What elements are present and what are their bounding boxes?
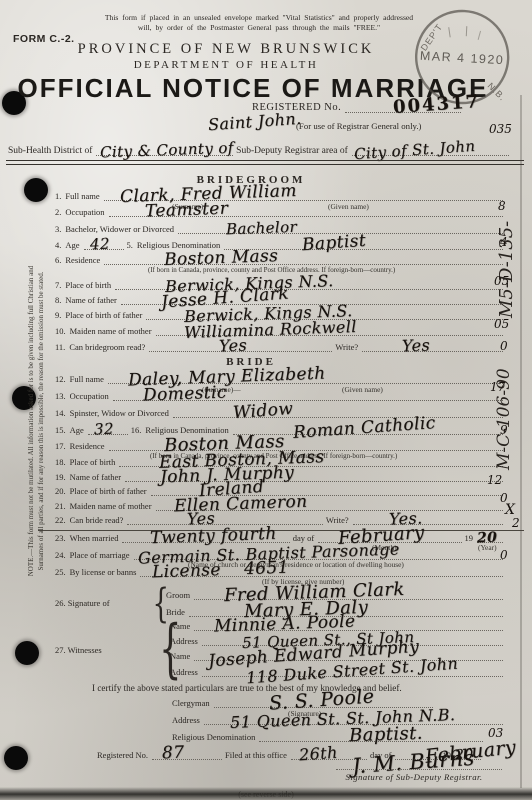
field-row-groom-residence: 6. Residence Boston Mass <box>55 253 506 265</box>
read-field: Yes <box>149 340 332 352</box>
double-rule <box>6 160 524 165</box>
denomination-row: Religious Denomination Baptist. <box>172 730 486 742</box>
day-field: Twenty fourth <box>122 531 289 543</box>
filed-label: Filed at this office <box>225 750 287 760</box>
row-field: East Boston, Mass <box>119 455 503 467</box>
row-number: 17. <box>55 441 66 451</box>
left-margin-note-line1: NOTE.—This form must not be mutilated. A… <box>26 180 36 662</box>
margin-digit: 05 <box>494 317 509 331</box>
row-number: 10. <box>55 326 66 336</box>
page-bottom-edge <box>0 787 532 800</box>
punch-hole <box>4 746 28 770</box>
row-value: Domestic <box>143 385 227 405</box>
row-label: Residence <box>70 441 105 451</box>
address-label: Address <box>170 667 198 677</box>
read-value: Yes <box>219 338 248 355</box>
margin-digit: 2 <box>512 516 520 530</box>
row-label: Age <box>70 425 84 435</box>
field-row-groom-literacy: 11. Can bridegroom read? Yes Write? Yes <box>55 340 506 352</box>
margin-digit: 17 <box>490 380 505 394</box>
field-row-bride-literacy: 22. Can bride read? Yes Write? Yes. <box>55 513 506 525</box>
department-heading: DEPARTMENT OF HEALTH <box>0 59 452 71</box>
field-row-groom-mother: 10. Maiden name of mother Williamina Roc… <box>55 324 506 336</box>
write-field: Yes <box>362 340 503 352</box>
row-label: Name of father <box>65 295 116 305</box>
witness2-address-row: Address 118 Duke Street St. John <box>170 665 506 677</box>
sub-health-district-label: Sub-Health District of <box>8 146 92 156</box>
row-label: Signature of <box>68 598 110 608</box>
area-handwriting: Saint John. <box>208 111 302 133</box>
sub-deputy-area-field: City of St. John <box>352 144 509 156</box>
clergyman-address-row: Address 51 Queen St. St. John N.B. <box>172 713 506 725</box>
row-label: Place of marriage <box>70 550 130 560</box>
margin-digit: 035 <box>489 122 512 136</box>
field-row-license: 25. By license or banns License 4651 <box>55 565 506 577</box>
age-value: 32 <box>94 422 114 438</box>
field-row-groom-occupation: 2. Occupation Teamster <box>55 205 506 217</box>
stamp-date: MAR 4 1920 <box>420 49 505 67</box>
row-field: Germain St. Baptist Parsonage <box>134 548 503 560</box>
signature-of-label: 26. Signature of <box>55 598 110 608</box>
row-number: 20. <box>55 486 66 496</box>
row-number: 3. <box>55 224 61 234</box>
denomination-label: Religious Denomination <box>172 732 255 742</box>
row-label: Name of father <box>70 472 121 482</box>
row-number: 11. <box>55 342 65 352</box>
witness1-name-field: Minnie A. Poole <box>194 619 503 631</box>
name-label: Name <box>170 651 190 661</box>
religion-value: Baptist <box>302 233 367 254</box>
row-number: 2. <box>55 207 61 217</box>
row-number: 23. <box>55 533 66 543</box>
margin-digit: 4 <box>500 235 508 249</box>
row-number: 4. <box>55 240 61 250</box>
row-number: 19. <box>55 472 66 482</box>
field-row-groom-father-birthplace: 9. Place of birth of father Berwick, Kin… <box>55 308 506 320</box>
row-number: 16. <box>131 425 142 435</box>
age-value: 42 <box>89 237 109 253</box>
year-field: 20 <box>477 531 503 543</box>
field-row-groom-status: 3. Bachelor, Widower or Divorced Bachelo… <box>55 222 506 234</box>
write-field: Yes. <box>353 513 503 525</box>
field-row-when-married: 23. When married Twenty fourth day of Fe… <box>55 531 506 543</box>
row-number: 1. <box>55 191 61 201</box>
clergyman-address-field: 51 Queen St. St. John N.B. <box>204 713 503 725</box>
row-label: Occupation <box>70 391 109 401</box>
groom-label: Groom <box>166 590 190 600</box>
read-field: Yes <box>127 513 322 525</box>
margin-digit: 0 <box>500 548 508 562</box>
margin-digit: 05 <box>494 274 509 288</box>
row-number: 27. <box>55 645 66 655</box>
denomination-value: Baptist. <box>349 725 423 746</box>
witness2-address-field: 118 Duke Street St. John <box>202 665 503 677</box>
stamp-arc-bottom: N.B. <box>486 81 508 103</box>
row-label: Can bride read? <box>70 515 124 525</box>
field-row-groom-age-religion: 4. Age 42 5. Religious Denomination Bapt… <box>55 238 506 250</box>
row-field: License 4651 <box>140 565 503 577</box>
row-number: 21. <box>55 501 66 511</box>
row-field: John J. Murphy <box>125 470 503 482</box>
row-value: Bachelor <box>226 220 298 237</box>
witness1-name-row: Name Minnie A. Poole <box>170 619 506 631</box>
row-number: 24. <box>55 550 66 560</box>
registrar-general-note: (For use of Registrar General only.) <box>296 121 421 131</box>
row-number: 14. <box>55 408 66 418</box>
margin-digit: 0 <box>500 339 508 353</box>
registrar-signature-label: Signature of Sub-Deputy Registrar. <box>320 772 508 782</box>
sub-health-district-field: City & County of <box>96 144 233 156</box>
field-row-bride-mother: 21. Maiden name of mother Ellen Cameron <box>55 499 506 511</box>
row-number: 7. <box>55 280 61 290</box>
document-page: This form if placed in an unsealed envel… <box>0 0 532 800</box>
row-number: 15. <box>55 425 66 435</box>
row-number: 5. <box>127 240 133 250</box>
province-heading: PROVINCE OF NEW BRUNSWICK <box>0 41 452 58</box>
margin-digit: 03 <box>488 726 503 740</box>
left-margin-note-line2: Surnames of all parties, and if for any … <box>36 180 46 662</box>
row-field: Teamster <box>109 205 503 217</box>
field-row-bride-fullname: 12. Full name Daley, Mary Elizabeth <box>55 372 506 384</box>
age-field: 32 <box>88 423 128 435</box>
religion-value: Roman Catholic <box>292 415 436 442</box>
sub-health-district-value: City & County of <box>100 141 234 161</box>
row-label: Full name <box>70 374 104 384</box>
write-value: Yes <box>402 338 431 355</box>
sub-deputy-area-label: Sub-Deputy Registrar area of <box>236 146 348 156</box>
row-label: Residence <box>65 255 100 265</box>
row-label: Occupation <box>65 207 104 217</box>
registered-field: 87 <box>152 748 222 760</box>
row-number: 9. <box>55 310 61 320</box>
sub-deputy-area-value: City of St. John <box>353 139 475 162</box>
field-row-bride-father: 19. Name of father John J. Murphy <box>55 470 506 482</box>
field-row-groom-fullname: 1. Full name Clark, Fred William <box>55 189 506 201</box>
row-label: Maiden name of mother <box>70 326 152 336</box>
name-label: Name <box>170 621 190 631</box>
row-field: Domestic <box>113 389 503 401</box>
row-number: 18. <box>55 457 66 467</box>
postal-notice: This form if placed in an unsealed envel… <box>62 13 456 33</box>
denomination-field: Baptist. <box>259 730 483 742</box>
row-number: 13. <box>55 391 66 401</box>
page-right-edge <box>520 95 522 788</box>
registrar-signature-line <box>336 769 502 770</box>
row-label: Maiden name of mother <box>70 501 152 511</box>
margin-digit: 8 <box>498 199 506 213</box>
registered-no-field: 004317 <box>345 101 461 113</box>
row-field: Daley, Mary Elizabeth <box>108 372 503 384</box>
filed-value: 26th <box>298 745 338 764</box>
district-row: Sub-Health District of City & County of … <box>8 144 512 156</box>
read-value: Yes <box>187 511 216 528</box>
row-label: By license or banns <box>70 567 137 577</box>
postal-notice-line2: will, by order of the Postmaster General… <box>62 23 456 33</box>
row-label: Place of birth <box>65 280 111 290</box>
row-label: Place of birth of father <box>70 486 147 496</box>
address-label: Address <box>172 715 200 725</box>
row-value: Williamina Rockwell <box>183 319 356 341</box>
row-value: Widow <box>232 401 293 422</box>
margin-digit: 12 <box>487 473 502 487</box>
address-label: Address <box>170 636 198 646</box>
row-field: Williamina Rockwell <box>156 324 503 336</box>
row-label: Age <box>65 240 79 250</box>
row-label: Spinster, Widow or Divorced <box>70 408 169 418</box>
row-label: Bachelor, Widower or Divorced <box>65 224 174 234</box>
margin-digit: 9 <box>500 423 508 437</box>
age-field: 42 <box>84 238 124 250</box>
row-value: Teamster <box>144 201 228 221</box>
row-field: Widow <box>173 406 503 418</box>
witnesses-label: 27. Witnesses <box>55 645 102 655</box>
row-number: 8. <box>55 295 61 305</box>
row-label: Full name <box>65 191 99 201</box>
row-number: 26. <box>55 598 66 608</box>
row-number: 22. <box>55 515 66 525</box>
registered-label: Registered No. <box>97 750 148 760</box>
row-field: Berwick, Kings N.S. <box>115 278 503 290</box>
clergyman-label: Clergyman <box>172 698 210 708</box>
write-label: Write? <box>335 342 358 352</box>
row-field: Boston Mass <box>104 253 503 265</box>
field-row-bride-status: 14. Spinster, Widow or Divorced Widow <box>55 406 506 418</box>
row-label: Witnesses <box>68 645 102 655</box>
row-label: Place of birth <box>70 457 116 467</box>
registered-value: 87 <box>162 745 185 763</box>
row-label: When married <box>70 533 119 543</box>
row-label: Place of birth of father <box>65 310 142 320</box>
row-field: Clark, Fred William <box>104 189 503 201</box>
row-number: 25. <box>55 567 66 577</box>
row-number: 12. <box>55 374 66 384</box>
left-margin-note: NOTE.—This form must not be mutilated. A… <box>26 180 46 662</box>
row-field: Ireland <box>151 484 503 496</box>
postal-notice-line1: This form if placed in an unsealed envel… <box>62 13 456 23</box>
write-label: Write? <box>326 515 349 525</box>
row-number: 6. <box>55 255 61 265</box>
row-label: Can bridegroom read? <box>69 342 145 352</box>
year-printed: 19 <box>465 533 474 543</box>
